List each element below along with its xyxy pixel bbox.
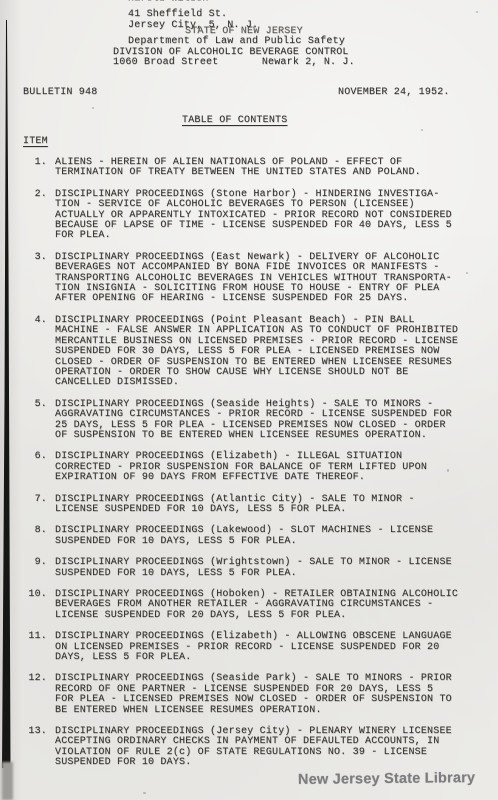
toc-item-text: DISCIPLINARY PROCEEDINGS (Lakewood) - SL… <box>55 526 475 547</box>
toc-item: 3. DISCIPLINARY PROCEEDINGS (East Newark… <box>23 253 475 305</box>
toc-item: 6. DISCIPLINARY PROCEEDINGS (Elizabeth) … <box>23 452 475 483</box>
toc-item-number: 7. <box>23 495 47 516</box>
scan-speck <box>92 107 94 109</box>
toc-item-number: 5. <box>23 400 47 442</box>
toc-item-line: SUSPENDED FOR 10 DAYS, LESS 5 FOR PLEA. <box>55 537 475 547</box>
toc-item: 13. DISCIPLINARY PROCEEDINGS (Jersey Cit… <box>23 727 475 769</box>
toc-item-number: 2. <box>23 190 47 242</box>
scan-speck <box>269 58 271 60</box>
toc-item-line: AFTER OPENING OF HEARING - LICENSE SUSPE… <box>55 294 475 304</box>
toc-item-text: DISCIPLINARY PROCEEDINGS (Wrightstown) -… <box>55 558 475 579</box>
scan-speck <box>476 11 478 13</box>
toc-item-line: CANCELLED DISMISSED. <box>55 378 475 388</box>
toc-item-number: 1. <box>23 158 47 179</box>
mailing-label-street: 41 Sheffield St. <box>128 10 227 20</box>
toc-item-line: DAYS, LESS 5 FOR PLEA. <box>55 653 475 663</box>
toc-item-line: FOR PLEA. <box>55 231 475 241</box>
toc-item-text: DISCIPLINARY PROCEEDINGS (Jersey City) -… <box>55 727 475 769</box>
toc-item-line: SUSPENDED FOR 10 DAYS, LESS 5 FOR PLEA. <box>55 569 475 579</box>
mailing-label-city: Jersey City, 5, N. J. <box>128 21 258 31</box>
toc-item-line: BE ENTERED WHEN LICENSEE RESUMES OPERATI… <box>55 706 475 716</box>
toc-item-line: AGGRAVATING CIRCUMSTANCES - PRIOR RECORD… <box>55 410 475 420</box>
toc-item: 11. DISCIPLINARY PROCEEDINGS (Elizabeth)… <box>23 632 475 663</box>
scan-speck <box>38 253 40 255</box>
letterhead-department: Department of Law and Public Safety <box>128 37 345 47</box>
toc-item: 5. DISCIPLINARY PROCEEDINGS (Seaside Hei… <box>23 400 475 442</box>
toc-item-text: DISCIPLINARY PROCEEDINGS (Elizabeth) - I… <box>55 452 475 483</box>
toc-item: 10. DISCIPLINARY PROCEEDINGS (Hoboken) -… <box>23 590 475 621</box>
toc-item-number: 12. <box>23 674 47 716</box>
toc-item: 9. DISCIPLINARY PROCEEDINGS (Wrightstown… <box>23 558 475 579</box>
toc-item-text: DISCIPLINARY PROCEEDINGS (Seaside Park) … <box>55 674 475 716</box>
toc-item-line: OF SUSPENSION TO BE ENTERED WHEN LICENSE… <box>55 431 475 441</box>
scanned-document-page: Harold Wilson 41 Sheffield St. Jersey Ci… <box>0 0 498 800</box>
toc-item-line: LICENSE SUSPENDED FOR 20 DAYS, LESS 5 FO… <box>55 611 475 621</box>
toc-item: 7. DISCIPLINARY PROCEEDINGS (Atlantic Ci… <box>23 495 475 516</box>
toc-item-text: ALIENS - HEREIN OF ALIEN NATIONALS OF PO… <box>55 158 475 179</box>
toc-item: 2. DISCIPLINARY PROCEEDINGS (Stone Harbo… <box>23 190 475 242</box>
toc-item-number: 11. <box>23 632 47 663</box>
letterhead-address: 1060 Broad Street Newark 2, N. J. <box>113 58 355 68</box>
toc-item-text: DISCIPLINARY PROCEEDINGS (Atlantic City)… <box>55 495 475 516</box>
toc-item: 12. DISCIPLINARY PROCEEDINGS (Seaside Pa… <box>23 674 475 716</box>
scan-speck <box>466 272 468 274</box>
scan-speck <box>421 129 423 131</box>
toc-item-number: 8. <box>23 526 47 547</box>
toc-item-number: 10. <box>23 590 47 621</box>
mailing-label-name: Harold Wilson <box>128 0 209 5</box>
toc-item: 4. DISCIPLINARY PROCEEDINGS (Point Pleas… <box>23 316 475 389</box>
toc-item-number: 9. <box>23 558 47 579</box>
toc-column-heading: ITEM <box>23 137 48 147</box>
toc-item-text: DISCIPLINARY PROCEEDINGS (Stone Harbor) … <box>55 190 475 242</box>
bulletin-number: BULLETIN 948 <box>23 88 97 98</box>
toc-item-text: DISCIPLINARY PROCEEDINGS (Point Pleasant… <box>55 316 475 389</box>
toc-item-line: SUSPENDED FOR 10 DAYS. <box>55 758 475 768</box>
toc-item-line: EXPIRATION OF 90 DAYS FROM EFFECTIVE DAT… <box>55 473 475 483</box>
toc-item-text: DISCIPLINARY PROCEEDINGS (Elizabeth) - A… <box>55 632 475 663</box>
toc-item-number: 6. <box>23 452 47 483</box>
toc-item-line: BECAUSE OF LAPSE OF TIME - LICENSE SUSPE… <box>55 221 475 231</box>
toc-item-line: TERMINATION OF TREATY BETWEEN THE UNITED… <box>55 168 475 178</box>
bulletin-date: NOVEMBER 24, 1952. <box>338 88 450 98</box>
toc-item-number: 13. <box>23 727 47 769</box>
toc-item-number: 4. <box>23 316 47 389</box>
toc-item-line: LICENSE SUSPENDED FOR 10 DAYS, LESS 5 FO… <box>55 505 475 515</box>
library-stamp: New Jersey State Library <box>298 770 475 788</box>
scan-binding-shadow <box>0 0 16 800</box>
scan-binding-shadow-foot <box>2 762 13 800</box>
toc-title: TABLE OF CONTENTS <box>182 116 287 126</box>
toc-item-text: DISCIPLINARY PROCEEDINGS (East Newark) -… <box>55 253 475 305</box>
toc-item-list: 1. ALIENS - HEREIN OF ALIEN NATIONALS OF… <box>23 158 475 769</box>
toc-item-text: DISCIPLINARY PROCEEDINGS (Hoboken) - RET… <box>55 590 475 621</box>
toc-item: 8. DISCIPLINARY PROCEEDINGS (Lakewood) -… <box>23 526 475 547</box>
toc-item-line: SUSPENDED FOR 30 DAYS, LESS 5 FOR PLEA -… <box>55 347 475 357</box>
toc-item-text: DISCIPLINARY PROCEEDINGS (Seaside Height… <box>55 400 475 442</box>
toc-item-number: 3. <box>23 253 47 305</box>
toc-item: 1. ALIENS - HEREIN OF ALIEN NATIONALS OF… <box>23 158 475 179</box>
scan-speck <box>143 792 146 794</box>
scan-speck <box>447 469 449 472</box>
